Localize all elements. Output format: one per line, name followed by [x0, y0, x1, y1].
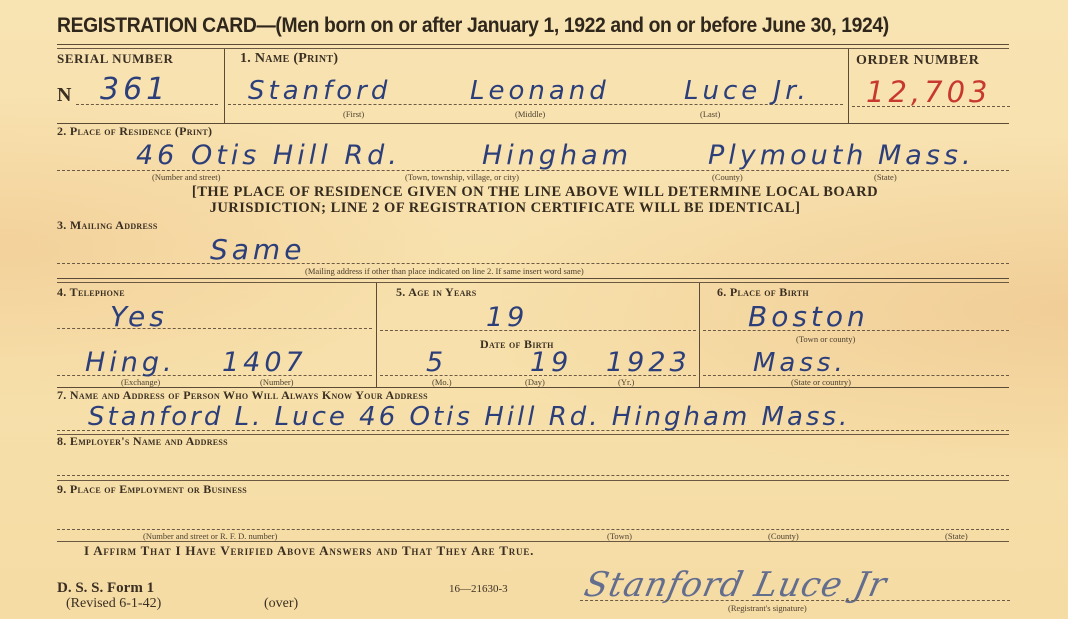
age-line [380, 330, 696, 331]
last-caption: (Last) [700, 109, 720, 119]
employment-street-caption: (Number and street or R. F. D. number) [143, 531, 277, 541]
divider [57, 282, 1009, 283]
county-caption: (County) [712, 172, 743, 182]
registration-card: REGISTRATION CARD—(Men born on or after … [0, 0, 1068, 619]
over-note: (over) [264, 596, 298, 612]
affirmation-text: I Affirm That I Have Verified Above Answ… [84, 543, 534, 559]
divider [57, 48, 1009, 49]
order-number-label: ORDER NUMBER [856, 53, 979, 69]
employer-line [57, 475, 1009, 476]
employer-label: 8. Employer's Name and Address [57, 434, 228, 449]
mailing-address-value: Same [210, 233, 305, 266]
residence-town-value: Hingham [482, 140, 632, 171]
employment-line [57, 529, 1009, 530]
divider [57, 541, 1009, 542]
card-title: REGISTRATION CARD—(Men born on or after … [57, 14, 889, 38]
mailing-address-label: 3. Mailing Address [57, 218, 158, 233]
telephone-number-value: 1407 [222, 347, 307, 378]
birth-state-value: Mass. [753, 348, 847, 378]
age-value: 19 [486, 302, 528, 333]
birth-day-value: 19 [530, 347, 572, 378]
name-label: 1. Name (Print) [240, 51, 338, 67]
divider [699, 283, 700, 387]
divider [57, 480, 1009, 481]
residence-label: 2. Place of Residence (Print) [57, 124, 212, 139]
year-caption: (Yr.) [618, 377, 634, 387]
registrant-signature: Stanford Luce Jr [581, 565, 891, 605]
order-number-value: 12,703 [866, 75, 991, 109]
mailing-caption: (Mailing address if other than place ind… [305, 266, 584, 276]
town-caption: (Town, township, village, or city) [405, 172, 519, 182]
telephone-line [57, 328, 372, 329]
divider [57, 44, 1009, 45]
state-caption: (State) [874, 172, 897, 182]
serial-number-label: SERIAL NUMBER [57, 51, 174, 67]
employment-value [60, 505, 1000, 527]
employer-value [60, 450, 1000, 472]
serial-number-value: 361 [100, 72, 169, 107]
employment-county-caption: (County) [768, 531, 799, 541]
birth-year-value: 1923 [606, 347, 691, 378]
jurisdiction-notice-line2: JURISDICTION; LINE 2 OF REGISTRATION CER… [115, 200, 895, 216]
residence-state-value: Mass. [878, 140, 975, 171]
age-label: 5. Age in Years [396, 285, 477, 300]
birth-town-value: Boston [748, 300, 869, 333]
residence-street-value: 46 Otis Hill Rd. [136, 140, 401, 171]
signature-line [580, 600, 1010, 601]
contact-person-label: 7. Name and Address of Person Who Will A… [57, 388, 428, 403]
employment-town-caption: (Town) [607, 531, 632, 541]
middle-name-value: Leonand [470, 76, 610, 106]
last-name-value: Luce Jr. [684, 76, 810, 106]
birth-town-caption: (Town or county) [796, 334, 855, 344]
birth-state-line [703, 375, 1009, 376]
divider [224, 49, 225, 123]
residence-county-value: Plymouth [708, 140, 867, 171]
street-caption: (Number and street) [152, 172, 220, 182]
employment-state-caption: (State) [945, 531, 968, 541]
contact-person-value: Stanford L. Luce 46 Otis Hill Rd. Hingha… [88, 402, 850, 432]
exchange-caption: (Exchange) [121, 377, 160, 387]
birth-month-value: 5 [426, 347, 447, 378]
place-of-employment-label: 9. Place of Employment or Business [57, 482, 247, 497]
first-caption: (First) [343, 109, 364, 119]
signature-caption: (Registrant's signature) [728, 603, 807, 613]
first-name-value: Stanford [248, 76, 391, 106]
telephone-label: 4. Telephone [57, 285, 125, 300]
divider [376, 283, 377, 387]
jurisdiction-notice-line1: [THE PLACE OF RESIDENCE GIVEN ON THE LIN… [115, 184, 955, 200]
serial-prefix: N [57, 84, 71, 107]
month-caption: (Mo.) [432, 377, 452, 387]
place-of-birth-label: 6. Place of Birth [717, 285, 809, 300]
mailing-line [57, 263, 1009, 264]
print-code: 16—21630-3 [449, 583, 508, 595]
middle-caption: (Middle) [515, 109, 545, 119]
form-name: D. S. S. Form 1 [57, 580, 154, 597]
divider [57, 278, 1009, 279]
telephone-exchange-value: Hing. [85, 347, 176, 378]
form-revised: (Revised 6-1-42) [66, 596, 161, 612]
day-caption: (Day) [525, 377, 545, 387]
telephone-value: Yes [110, 300, 168, 333]
number-caption: (Number) [260, 377, 294, 387]
birth-state-caption: (State or country) [791, 377, 851, 387]
divider [848, 49, 849, 123]
